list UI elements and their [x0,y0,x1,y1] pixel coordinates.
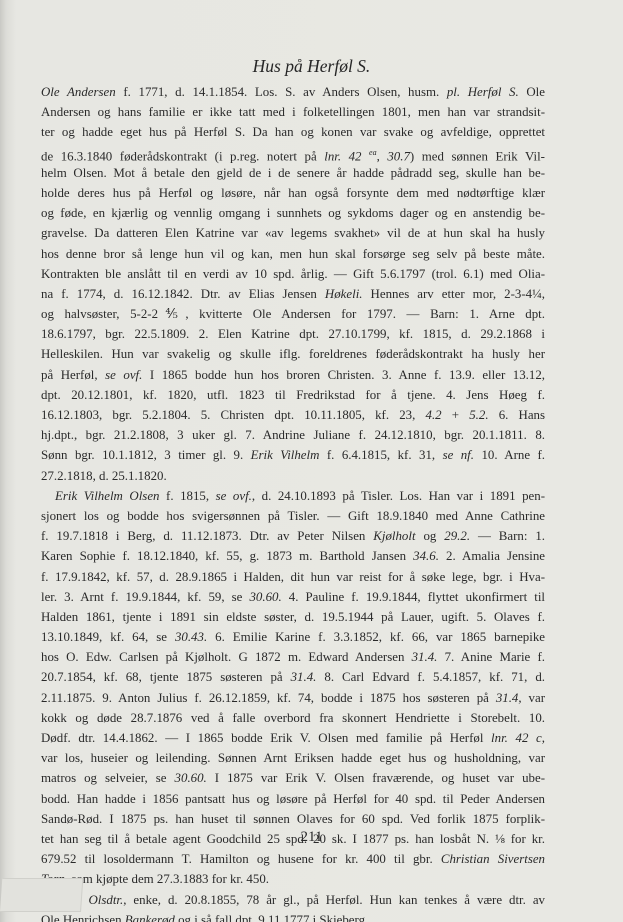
italic-text: 29.2. [444,529,470,543]
text-line: hj.dpt., bgr. 21.2.1808, 3 uker gl. 7. A… [41,425,545,445]
text: I 1865 bodde hun hos broren Christen. 3.… [142,368,545,382]
text-line: 13.10.1849, kf. 64, se 30.43. 6. Emilie … [41,627,545,647]
italic-text: 5.2. [469,408,488,422]
text: 4. Pauline f. 19.9.1844, flyttet ukonfir… [282,590,545,604]
text-line: var los, huseier og leilending. Sønnen A… [41,748,545,768]
italic-text: 31.4. [291,670,317,684]
page-heading: Hus på Herføl S. [0,56,623,77]
text: 27.2.1818, d. 25.1.1820. [41,469,167,483]
text-line: Halden 1861, tjente i 1891 sin eldste sø… [41,607,545,627]
text: 18.6.1797, bgr. 22.5.1809. 2. Elen Katri… [41,327,545,341]
text: f. 19.7.1818 i Berg, d. 11.12.1873. Dtr.… [41,529,373,543]
paragraph: Anne Olsdtr., enke, d. 20.8.1855, 78 år … [41,890,545,922]
text-line: na f. 1774, d. 16.12.1842. Dtr. av Elias… [41,284,545,304]
text: hos denne bror så lenge hun vil og kan, … [41,247,545,261]
text: , enke, d. 20.8.1855, 78 år gl., på Herf… [123,893,545,907]
italic-text: 30.60. [175,771,207,785]
italic-text: Ole Andersen [41,85,116,99]
text: Karen Sophie f. 18.12.1840, kf. 55, g. 1… [41,549,413,563]
italic-text: Erik Vilhelm Olsen [55,489,159,503]
italic-text: Erik Vilhelm [251,448,320,462]
text: Sandø-Rød. I 1875 ps. han huset til sønn… [41,812,545,826]
text-line: hos O. Edw. Carlsen på Kjølholt. G 1872 … [41,647,545,667]
italic-text: Kjølholt [373,529,415,543]
paper-scrap [0,878,83,912]
text: 2.11.1875. 9. Anton Julius f. 26.12.1859… [41,691,496,705]
text-line: 679.52 til losoldermann T. Hamilton og h… [41,849,545,869]
text-line: sjonert los og bodde hos svigersønnen på… [41,506,545,526]
text-line: Karen Sophie f. 18.12.1840, kf. 55, g. 1… [41,546,545,566]
text: I 1875 var Erik V. Olsen fraværende, og … [207,771,545,785]
text-line: holde deres hus på Herføl og løsøre, når… [41,183,545,203]
text-line: matros og selveier, se 30.60. I 1875 var… [41,768,545,788]
text-line: og halvsøster, 5-2-2⅘, kvitterte Ole And… [41,304,545,324]
text-line: ter og hadde eget hus på Herføl S. Da ha… [41,122,545,142]
text: Ole Henrichsen [41,913,125,922]
text: na f. 1774, d. 16.12.1842. Dtr. av Elias… [41,287,325,301]
text: 8. Carl Edvard f. 5.4.1857, kf. 71, d. [316,670,545,684]
paragraph: Ole Andersen f. 1771, d. 14.1.1854. Los.… [41,82,545,486]
text: , d. 24.10.1893 på Tisler. Los. Han var … [252,489,545,503]
text-line: Ole Henrichsen Bankerød og i så fall dpt… [41,910,545,922]
text-line: på Herføl, se ovf. I 1865 bodde hun hos … [41,365,545,385]
text: var [522,691,545,705]
italic-text: lnr. 42 [324,149,369,163]
italic-text: Christian Sivertsen [441,852,545,866]
text: + [442,408,470,422]
text: f. 1815, [159,489,215,503]
text: Dødf. dtr. 14.4.1862. — I 1865 bodde Eri… [41,731,491,745]
text: og [416,529,445,543]
text: f. 1771, d. 14.1.1854. Los. S. av Anders… [116,85,447,99]
text: helm Olsen. Mot å betale den gjeld de i … [41,166,545,180]
italic-text: 31.4. [412,650,438,664]
text-line: Sandø-Rød. I 1875 ps. han huset til sønn… [41,809,545,829]
text: bodd. Han hadde i 1856 pantsatt hus og l… [41,792,545,806]
text: Helleskilen. Hun var svakelig og skulle … [41,347,545,361]
text: 20.7.1854, kf. 68, tjente 1875 søsteren … [41,670,291,684]
text-line: Kontrakten ble anslått til en verdi av 1… [41,264,545,284]
text: hos O. Edw. Carlsen på Kjølholt. G 1872 … [41,650,412,664]
text: — Barn: 1. [470,529,545,543]
italic-text: Bankerød [125,913,175,922]
text-line: 18.6.1797, bgr. 22.5.1809. 2. Elen Katri… [41,324,545,344]
text: var los, huseier og leilending. Sønnen A… [41,751,545,765]
text-line: f. 17.9.1842, kf. 57, d. 28.9.1865 i Hal… [41,567,545,587]
italic-text: lnr. 42 c, [491,731,545,745]
text: Kontrakten ble anslått til en verdi av 1… [41,267,545,281]
text: sjonert los og bodde hos svigersønnen på… [41,509,545,523]
text-line: bodd. Han hadde i 1856 pantsatt hus og l… [41,789,545,809]
text: som kjøpte dem 27.3.1883 for kr. 450. [68,872,269,886]
text-line: Helleskilen. Hun var svakelig og skulle … [41,344,545,364]
text-line: Dødf. dtr. 14.4.1862. — I 1865 bodde Eri… [41,728,545,748]
italic-text: pl. Herføl S. [447,85,519,99]
italic-text: se ovf. [105,368,142,382]
text: og føde, en kjærlig og vennlig omgang i … [41,206,545,220]
text-line: Erik Vilhelm Olsen f. 1815, se ovf., d. … [41,486,545,506]
italic-text: Høkeli. [325,287,363,301]
text: 10. Arne f. [474,448,545,462]
text-line: helm Olsen. Mot å betale den gjeld de i … [41,163,545,183]
text: Ole [519,85,545,99]
text: ea [369,148,377,157]
italic-text: se ovf. [216,489,252,503]
text-line: Andersen og hans familie er ikke tatt me… [41,102,545,122]
text: 679.52 til losoldermann T. Hamilton og h… [41,852,441,866]
text: dpt. 20.12.1801, kf. 1820, utfl. 1823 ti… [41,388,545,402]
page-number: 211 [0,829,623,846]
text-line: Torp, som kjøpte dem 27.3.1883 for kr. 4… [41,869,545,889]
italic-text: 31.4, [496,691,522,705]
text: de 16.3.1840 føderådskontrakt (i p.reg. … [41,149,324,163]
italic-text: 30.60. [249,590,281,604]
text: Andersen og hans familie er ikke tatt me… [41,105,545,119]
text: 2. Amalia Jensine [439,549,545,563]
italic-text: , 30.7 [377,149,410,163]
text-line: 16.12.1803, bgr. 5.2.1804. 5. Christen d… [41,405,545,425]
text: matros og selveier, se [41,771,175,785]
text-line: Sønn bgr. 10.1.1812, 3 timer gl. 9. Erik… [41,445,545,465]
text-line: Ole Andersen f. 1771, d. 14.1.1854. Los.… [41,82,545,102]
text: Halden 1861, tjente i 1891 sin eldste sø… [41,610,545,624]
text: 13.10.1849, kf. 64, se [41,630,175,644]
text-line: 2.11.1875. 9. Anton Julius f. 26.12.1859… [41,688,545,708]
text: ter og hadde eget hus på Herføl S. Da ha… [41,125,545,139]
scanned-page: Hus på Herføl S. Ole Andersen f. 1771, d… [0,0,623,922]
text: 6. Hans [489,408,545,422]
text: f. 17.9.1842, kf. 57, d. 28.9.1865 i Hal… [41,570,545,584]
italic-text: 30.43. [175,630,207,644]
text-line: Anne Olsdtr., enke, d. 20.8.1855, 78 år … [41,890,545,910]
text: 7. Anine Marie f. [437,650,545,664]
text: f. 6.4.1815, kf. 31, [319,448,442,462]
text: 16.12.1803, bgr. 5.2.1804. 5. Christen d… [41,408,426,422]
text-line: og føde, en kjærlig og vennlig omgang i … [41,203,545,223]
text-line: gravelse. Da datteren Elen Katrine var «… [41,223,545,243]
text-line: kokk og døde 28.7.1876 ved å falle overb… [41,708,545,728]
text-line: dpt. 20.12.1801, kf. 1820, utfl. 1823 ti… [41,385,545,405]
text-line: f. 19.7.1818 i Berg, d. 11.12.1873. Dtr.… [41,526,545,546]
italic-text: 34.6. [413,549,439,563]
text: kokk og døde 28.7.1876 ved å falle overb… [41,711,545,725]
text-line: ler. 3. Arnt f. 19.9.1844, kf. 59, se 30… [41,587,545,607]
text: og halvsøster, 5-2-2⅘, kvitterte Ole And… [41,307,545,321]
page-body: Ole Andersen f. 1771, d. 14.1.1854. Los.… [41,82,545,922]
text: hj.dpt., bgr. 21.2.1808, 3 uker gl. 7. A… [41,428,545,442]
text: ler. 3. Arnt f. 19.9.1844, kf. 59, se [41,590,249,604]
text: og i så fall dpt. 9.11.1777 i Skjeberg. [175,913,368,922]
text: gravelse. Da datteren Elen Katrine var «… [41,226,545,240]
text-line: hos denne bror så lenge hun vil og kan, … [41,244,545,264]
text-line: 20.7.1854, kf. 68, tjente 1875 søsteren … [41,667,545,687]
text: ) med sønnen Erik Vil- [410,149,545,163]
text: 6. Emilie Karine f. 3.3.1852, kf. 66, va… [207,630,545,644]
text-line: 27.2.1818, d. 25.1.1820. [41,466,545,486]
italic-text: se nf. [443,448,474,462]
text: Hennes arv etter mor, 2-3-4¼, [363,287,545,301]
text-line: de 16.3.1840 føderådskontrakt (i p.reg. … [41,143,545,163]
italic-text: 4.2 [426,408,442,422]
text: på Herføl, [41,368,105,382]
text: holde deres hus på Herføl og løsøre, når… [41,186,545,200]
text: Sønn bgr. 10.1.1812, 3 timer gl. 9. [41,448,251,462]
